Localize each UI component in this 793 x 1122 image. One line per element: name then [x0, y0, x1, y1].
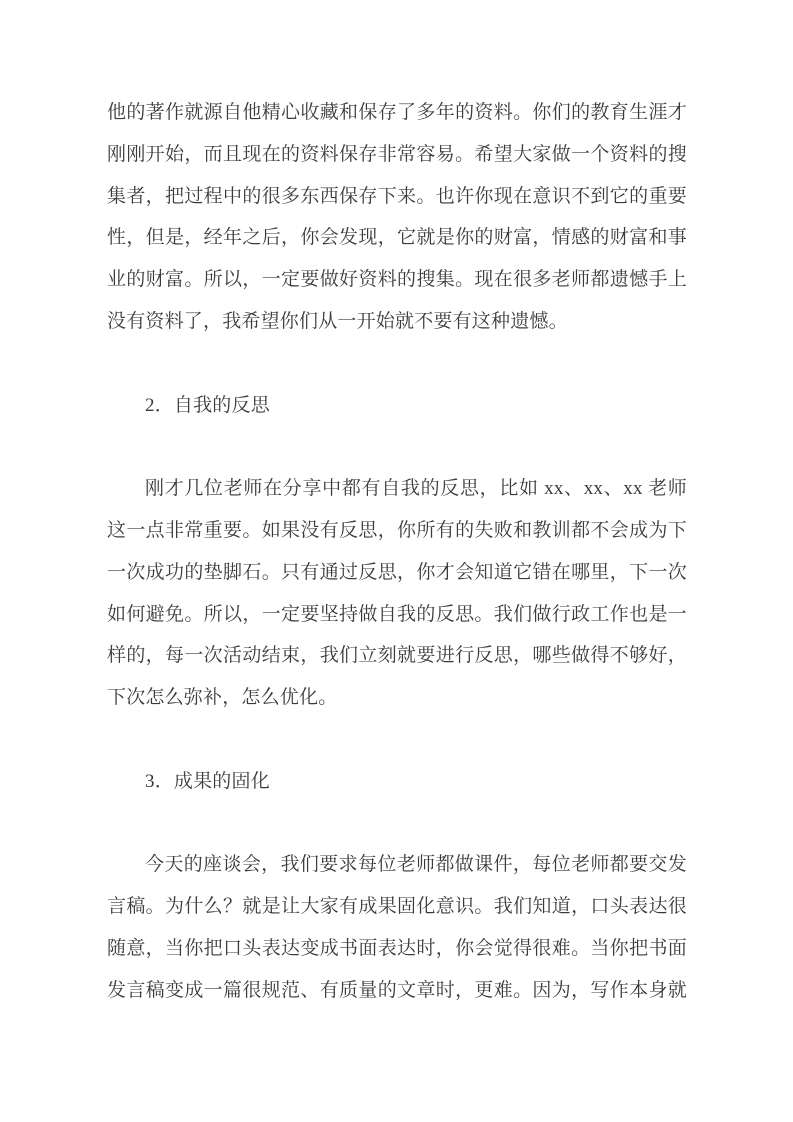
- text-line: 刚才几位老师在分享中都有自我的反思，比如 xx、xx、xx 老师等，: [107, 468, 687, 510]
- text-line: 没有资料了，我希望你们从一开始就不要有这种遗憾。: [107, 301, 687, 343]
- paragraph-2: 刚才几位老师在分享中都有自我的反思，比如 xx、xx、xx 老师等， 这一点非常…: [107, 468, 687, 719]
- text-line: 样的，每一次活动结束，我们立刻就要进行反思，哪些做得不够好，: [107, 635, 687, 677]
- text-line: 刚刚开始，而且现在的资料保存非常容易。希望大家做一个资料的搜: [107, 134, 687, 176]
- text-line: 一次成功的垫脚石。只有通过反思，你才会知道它错在哪里，下一次: [107, 552, 687, 594]
- document-content: 他的著作就源自他精心收藏和保存了多年的资料。你们的教育生涯才 刚刚开始，而且现在…: [0, 0, 793, 1012]
- text-line: 下次怎么弥补，怎么优化。: [107, 677, 687, 719]
- text-line: 随意，当你把口头表达变成书面表达时，你会觉得很难。当你把书面: [107, 928, 687, 970]
- section-heading-3: 3．成果的固化: [107, 761, 687, 803]
- text-line: 如何避免。所以，一定要坚持做自我的反思。我们做行政工作也是一: [107, 594, 687, 636]
- text-line: 他的著作就源自他精心收藏和保存了多年的资料。你们的教育生涯才: [107, 92, 687, 134]
- section-heading-2: 2．自我的反思: [107, 385, 687, 427]
- paragraph-1: 他的著作就源自他精心收藏和保存了多年的资料。你们的教育生涯才 刚刚开始，而且现在…: [107, 92, 687, 343]
- document-page: 他的著作就源自他精心收藏和保存了多年的资料。你们的教育生涯才 刚刚开始，而且现在…: [0, 0, 793, 1122]
- paragraph-3: 今天的座谈会，我们要求每位老师都做课件，每位老师都要交发 言稿。为什么？就是让大…: [107, 844, 687, 1011]
- text-line: 发言稿变成一篇很规范、有质量的文章时，更难。因为，写作本身就: [107, 970, 687, 1012]
- text-line: 性，但是，经年之后，你会发现，它就是你的财富，情感的财富和事: [107, 217, 687, 259]
- text-line: 集者，把过程中的很多东西保存下来。也许你现在意识不到它的重要: [107, 176, 687, 218]
- text-line: 言稿。为什么？就是让大家有成果固化意识。我们知道，口头表达很: [107, 886, 687, 928]
- text-line: 这一点非常重要。如果没有反思，你所有的失败和教训都不会成为下: [107, 510, 687, 552]
- text-line: 业的财富。所以，一定要做好资料的搜集。现在很多老师都遗憾手上: [107, 259, 687, 301]
- text-line: 今天的座谈会，我们要求每位老师都做课件，每位老师都要交发: [107, 844, 687, 886]
